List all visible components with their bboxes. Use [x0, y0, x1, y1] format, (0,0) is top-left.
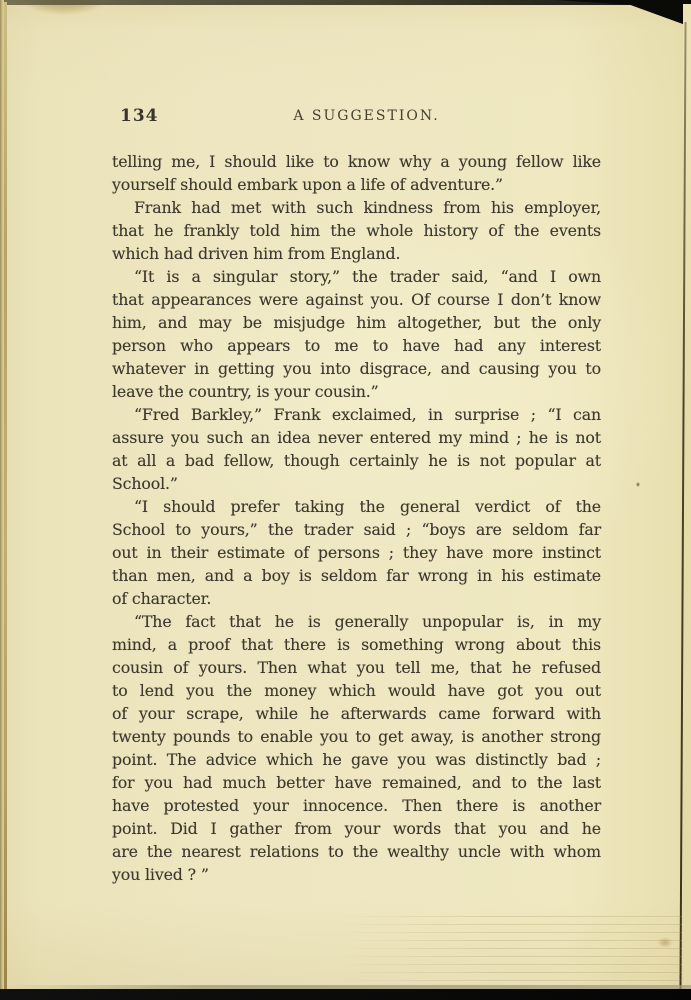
paper-speck [636, 482, 640, 487]
text-line: that appearances were against you. Of co… [112, 288, 601, 311]
text-line: Frank had met with such kindness from hi… [112, 196, 601, 219]
text-line: to lend you the money which would have g… [112, 679, 601, 702]
page-edge-striations [340, 916, 682, 988]
scan-edge-bottom [0, 989, 691, 1000]
text-line: of character. [112, 587, 601, 610]
text-line: whatever in getting you into disgrace, a… [112, 357, 601, 380]
text-line: for you had much better have remained, a… [112, 771, 601, 794]
text-line: “The fact that he is generally unpopular… [112, 610, 601, 633]
text-line: him, and may be misjudge him altogether,… [112, 311, 601, 334]
paragraph: “I should prefer taking the general verd… [112, 495, 601, 610]
text-line: “I should prefer taking the general verd… [112, 495, 601, 518]
text-line: “Fred Barkley,” Frank exclaimed, in surp… [112, 403, 601, 426]
running-header-title: A SUGGESTION. [122, 108, 611, 124]
text-line: leave the country, is your cousin.” [112, 380, 601, 403]
text-line: point. Did I gather from your words that… [112, 817, 601, 840]
text-line: School to yours,” the trader said ; “boy… [112, 518, 601, 541]
text-line: at all a bad fellow, though certainly he… [112, 449, 601, 472]
text-line: mind, a proof that there is something wr… [112, 633, 601, 656]
text-line: are the nearest relations to the wealthy… [112, 840, 601, 863]
text-line: have protested your innocence. Then ther… [112, 794, 601, 817]
paragraph: “Fred Barkley,” Frank exclaimed, in surp… [112, 403, 601, 495]
paragraph: “It is a singular story,” the trader sai… [112, 265, 601, 403]
paragraph: telling me, I should like to know why a … [112, 150, 601, 196]
running-head: 134 A SUGGESTION. [112, 106, 601, 126]
page-content: 134 A SUGGESTION. telling me, I should l… [112, 0, 601, 886]
text-line: that he frankly told him the whole histo… [112, 219, 601, 242]
book-page-scan: 134 A SUGGESTION. telling me, I should l… [0, 0, 691, 1000]
paragraph: Frank had met with such kindness from hi… [112, 196, 601, 265]
text-line: of your scrape, while he afterwards came… [112, 702, 601, 725]
text-line: which had driven him from England. [112, 242, 601, 265]
text-line: out in their estimate of persons ; they … [112, 541, 601, 564]
text-line: twenty pounds to enable you to get away,… [112, 725, 601, 748]
paper-smudge [657, 937, 673, 948]
text-line: yourself should embark upon a life of ad… [112, 173, 601, 196]
page-gutter-line [4, 2, 7, 990]
text-line: “It is a singular story,” the trader sai… [112, 265, 601, 288]
text-line: assure you such an idea never entered my… [112, 426, 601, 449]
text-line: than men, and a boy is seldom far wrong … [112, 564, 601, 587]
text-line: you lived ? ” [112, 863, 601, 886]
text-line: cousin of yours. Then what you tell me, … [112, 656, 601, 679]
paragraph: “The fact that he is generally unpopular… [112, 610, 601, 886]
text-block: telling me, I should like to know why a … [112, 150, 601, 886]
text-line: person who appears to me to have had any… [112, 334, 601, 357]
text-line: School.” [112, 472, 601, 495]
text-line: telling me, I should like to know why a … [112, 150, 601, 173]
text-line: point. The advice which he gave you was … [112, 748, 601, 771]
